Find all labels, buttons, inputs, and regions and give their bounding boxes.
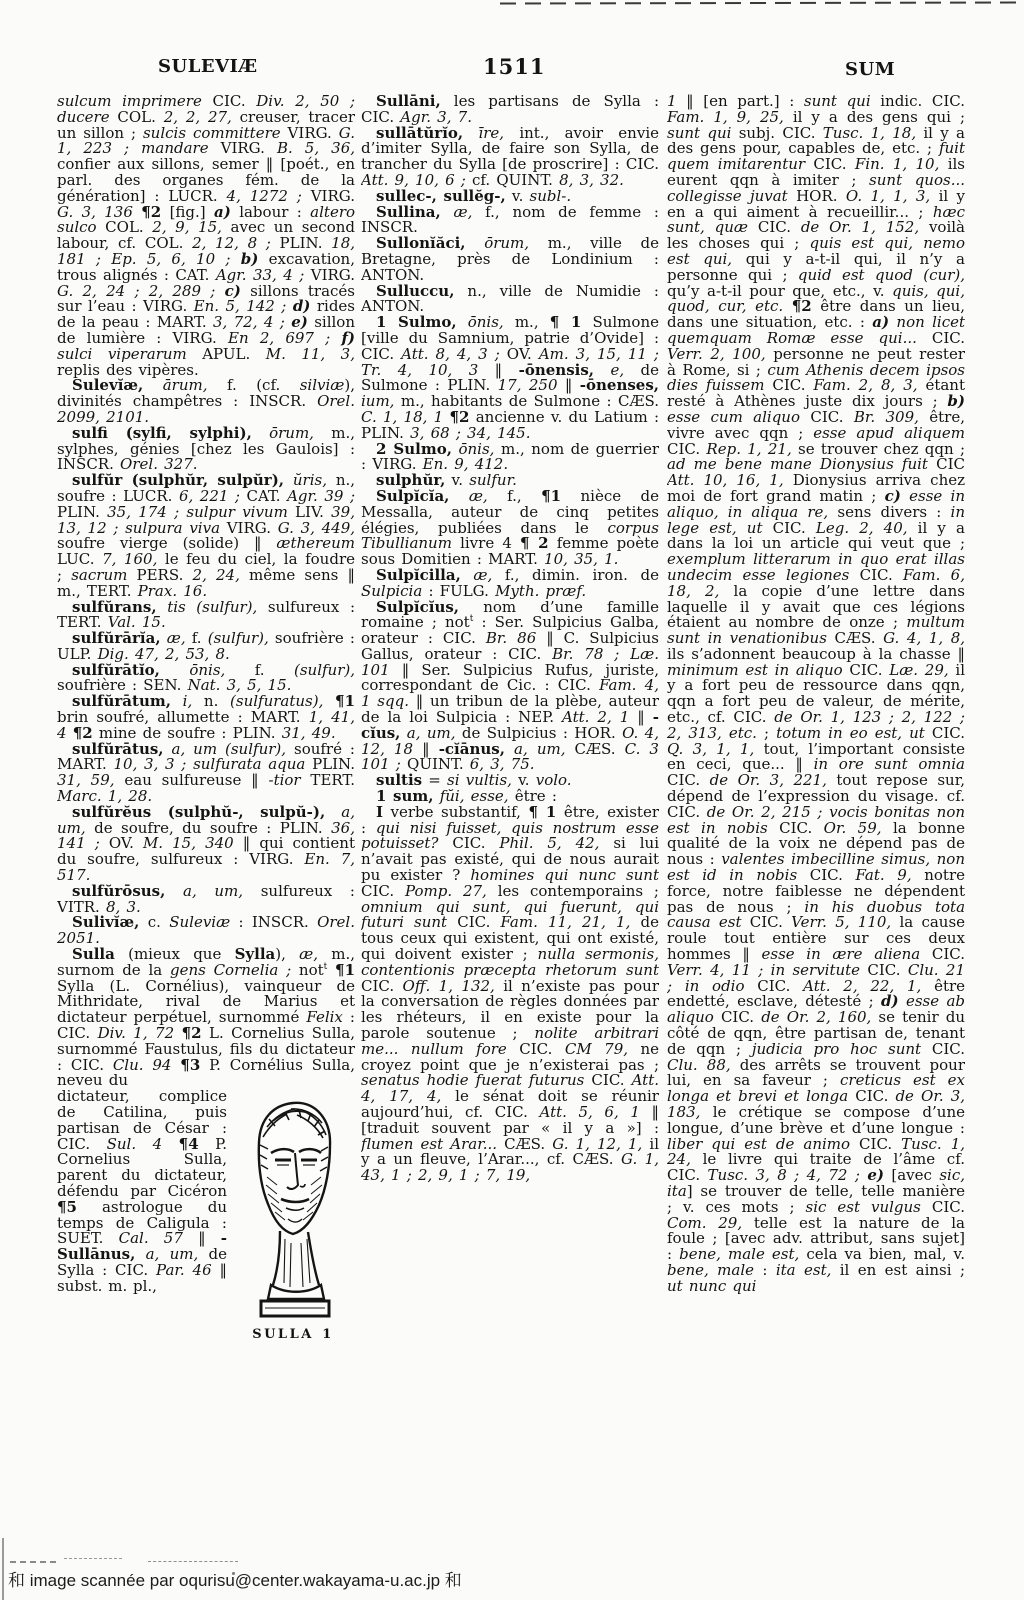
dictionary-paragraph: sulfŭrans, tis (sulfur), sulfureux : TER… <box>57 600 355 632</box>
scan-artifact <box>10 1561 56 1563</box>
dictionary-paragraph: Sulluccu, n., ville de Numidie : ANTON. <box>361 284 659 316</box>
scan-artifact <box>2 1538 4 1600</box>
column-3: 1 ‖ [en part.] : sunt qui indic. CIC. Fa… <box>667 94 965 1562</box>
dictionary-paragraph: Sullonĭăci, ōrum, m., ville de Bretagne,… <box>361 236 659 283</box>
dictionary-paragraph: Sulpĭcĭus, nom d’une famille romaine ; n… <box>361 600 659 774</box>
dictionary-paragraph: dictateur, complice de Catilina, puis pa… <box>57 1089 227 1294</box>
dictionary-paragraph: sulfŭrārĭa, æ, f. (sulfur), soufrière : … <box>57 631 355 663</box>
dictionary-paragraph: Sulpĭcilla, æ, f., dimin. iron. de Sulpi… <box>361 568 659 600</box>
dictionary-paragraph: Sulevĭæ, ārum, f. (cf. silviæ), divinité… <box>57 378 355 425</box>
dictionary-paragraph: sulfi (sylfi, sylphi), ōrum, m., sylphes… <box>57 426 355 473</box>
dictionary-page: SULEVIÆ 1511 SUM sulcum imprimere CIC. D… <box>0 0 1024 1600</box>
sulla-bust-engraving <box>233 1093 353 1325</box>
dictionary-paragraph: Sullāni, les partisans de Sylla : CIC. A… <box>361 94 659 126</box>
scan-footer-note: 和 image scannée par oqurisu@center.wakay… <box>8 1566 462 1591</box>
dictionary-paragraph: I verbe substantif, ¶ 1 être, exister : … <box>361 805 659 1184</box>
dictionary-paragraph: Sulivĭæ, c. Suleviæ : INSCR. Orel. 2051. <box>57 915 355 947</box>
column-2: Sullāni, les partisans de Sylla : CIC. A… <box>361 94 659 1562</box>
dictionary-paragraph: Sullina, æ, f., nom de femme : INSCR. <box>361 205 659 237</box>
dictionary-paragraph: sulfŭrĕus (sulphŭ-, sulpŭ-), a, um, de s… <box>57 805 355 884</box>
dictionary-paragraph: sulfŭrātus, a, um (sulfur), soufré : MAR… <box>57 742 355 805</box>
dictionary-paragraph: Sulpĭcĭa, æ, f., ¶1 nièce de Messalla, a… <box>361 489 659 568</box>
dictionary-paragraph: sulfŭrātum, i, n. (sulfuratus), ¶1 brin … <box>57 694 355 741</box>
dictionary-paragraph: sulfŭr (sulphŭr, sulpŭr), ŭris, n., souf… <box>57 473 355 599</box>
dictionary-paragraph: sulfŭrōsus, a, um, sulfureux : VITR. 8, … <box>57 884 355 916</box>
dictionary-paragraph: 1 ‖ [en part.] : sunt qui indic. CIC. Fa… <box>667 94 965 1295</box>
dictionary-paragraph: sulcum imprimere CIC. Div. 2, 50 ; ducer… <box>57 94 355 378</box>
running-head-left: SULEVIÆ <box>158 56 258 77</box>
sulla-portrait-caption: SULLA 1 <box>233 1327 353 1343</box>
dictionary-paragraph: sullātŭrĭo, īre, int., avoir envie d’imi… <box>361 126 659 189</box>
column-1-wrap-section: dictateur, complice de Catilina, puis pa… <box>57 1089 355 1343</box>
dictionary-paragraph: Sulla (mieux que Sylla), æ, m., surnom d… <box>57 947 355 1089</box>
dictionary-paragraph: 1 Sulmo, ōnis, m., ¶ 1 Sulmone [ville du… <box>361 315 659 441</box>
running-head-right: SUM <box>845 59 895 80</box>
scan-artifact <box>500 2 1024 5</box>
dictionary-paragraph: sulfŭrātĭo, ōnis, f. (sulfur), soufrière… <box>57 663 355 695</box>
column-1-text: sulcum imprimere CIC. Div. 2, 50 ; ducer… <box>57 94 355 1089</box>
column-2-text: Sullāni, les partisans de Sylla : CIC. A… <box>361 94 659 1184</box>
sulla-portrait: SULLA 1 <box>233 1093 353 1343</box>
column-3-text: 1 ‖ [en part.] : sunt qui indic. CIC. Fa… <box>667 94 965 1295</box>
dictionary-paragraph: 2 Sulmo, ōnis, m., nom de guerrier : VIR… <box>361 442 659 474</box>
column-1: sulcum imprimere CIC. Div. 2, 50 ; ducer… <box>57 94 355 1562</box>
page-number: 1511 <box>483 54 545 79</box>
